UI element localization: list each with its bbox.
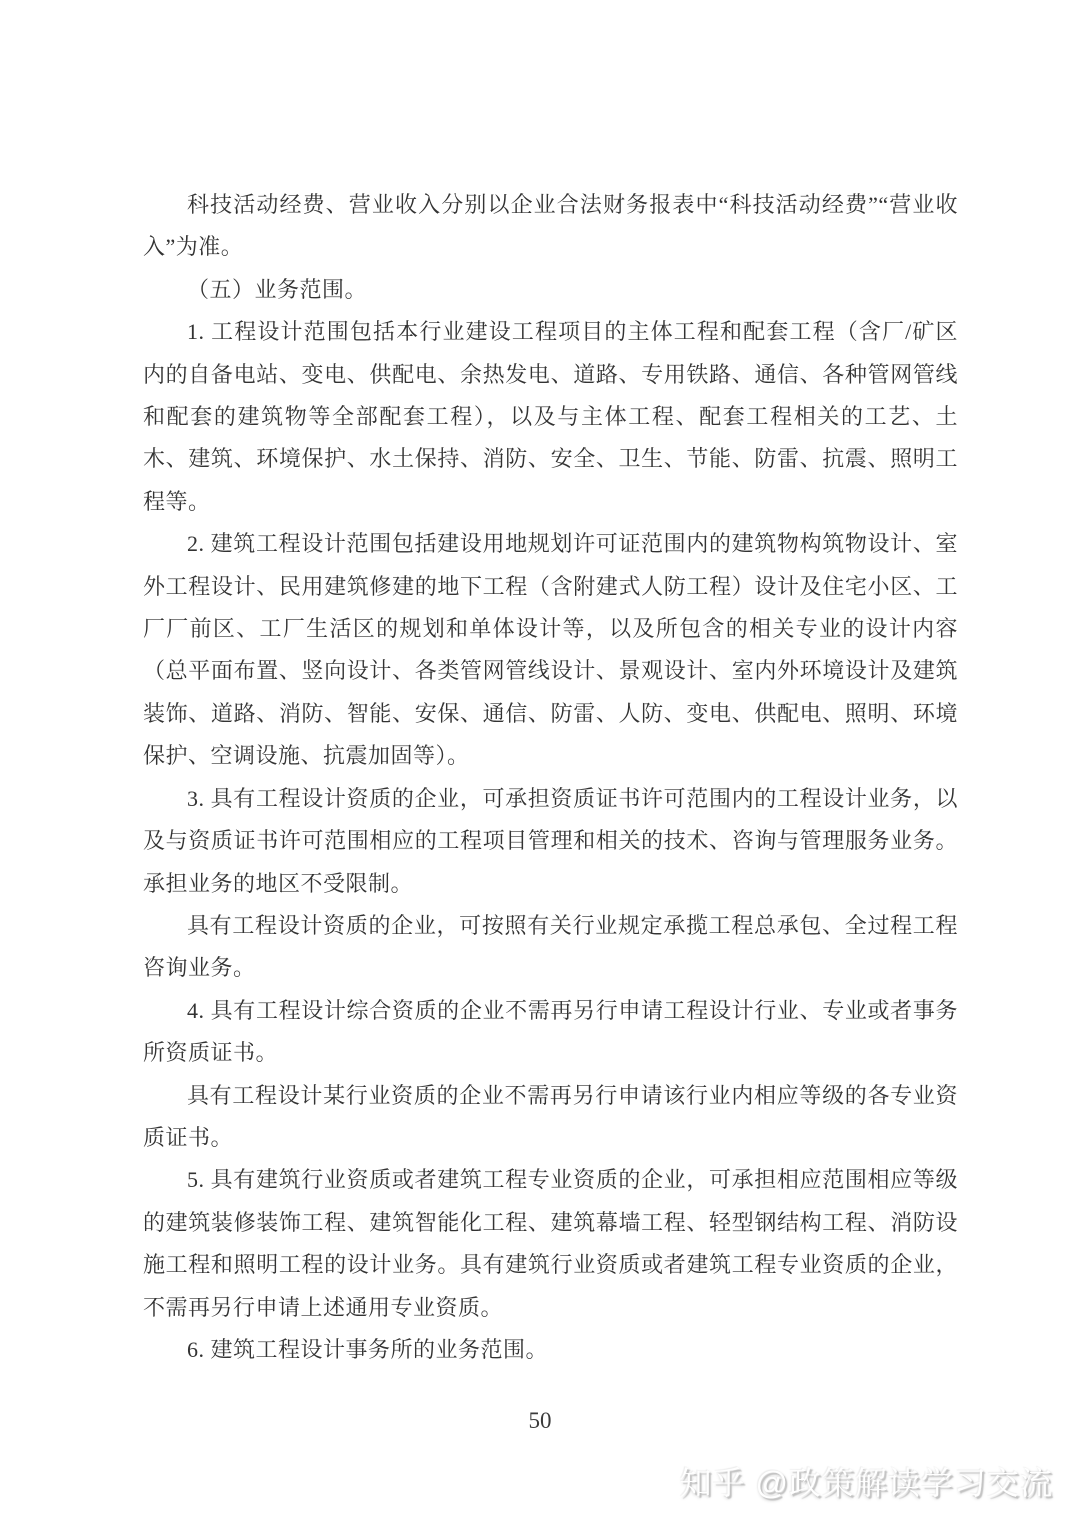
page-number: 50: [0, 1408, 1080, 1434]
paragraph: 科技活动经费、营业收入分别以企业合法财务报表中“科技活动经费”“营业收入”为准。: [143, 184, 958, 269]
document-page: 科技活动经费、营业收入分别以企业合法财务报表中“科技活动经费”“营业收入”为准。…: [0, 0, 1080, 1527]
paragraph: 6. 建筑工程设计事务所的业务范围。: [143, 1329, 958, 1371]
paragraph: 具有工程设计资质的企业，可按照有关行业规定承揽工程总承包、全过程工程咨询业务。: [143, 905, 958, 990]
paragraph: （五）业务范围。: [143, 269, 958, 311]
document-body: 科技活动经费、营业收入分别以企业合法财务报表中“科技活动经费”“营业收入”为准。…: [143, 184, 958, 1371]
paragraph: 3. 具有工程设计资质的企业，可承担资质证书许可范围内的工程设计业务，以及与资质…: [143, 778, 958, 905]
paragraph: 1. 工程设计范围包括本行业建设工程项目的主体工程和配套工程（含厂/矿区内的自备…: [143, 311, 958, 523]
zhihu-watermark: 知乎 @政策解读学习交流: [680, 1458, 1053, 1504]
paragraph: 5. 具有建筑行业资质或者建筑工程专业资质的企业，可承担相应范围相应等级的建筑装…: [143, 1159, 958, 1329]
paragraph: 2. 建筑工程设计范围包括建设用地规划许可证范围内的建筑物构筑物设计、室外工程设…: [143, 523, 958, 777]
paragraph: 4. 具有工程设计综合资质的企业不需再另行申请工程设计行业、专业或者事务所资质证…: [143, 990, 958, 1075]
paragraph: 具有工程设计某行业资质的企业不需再另行申请该行业内相应等级的各专业资质证书。: [143, 1075, 958, 1160]
